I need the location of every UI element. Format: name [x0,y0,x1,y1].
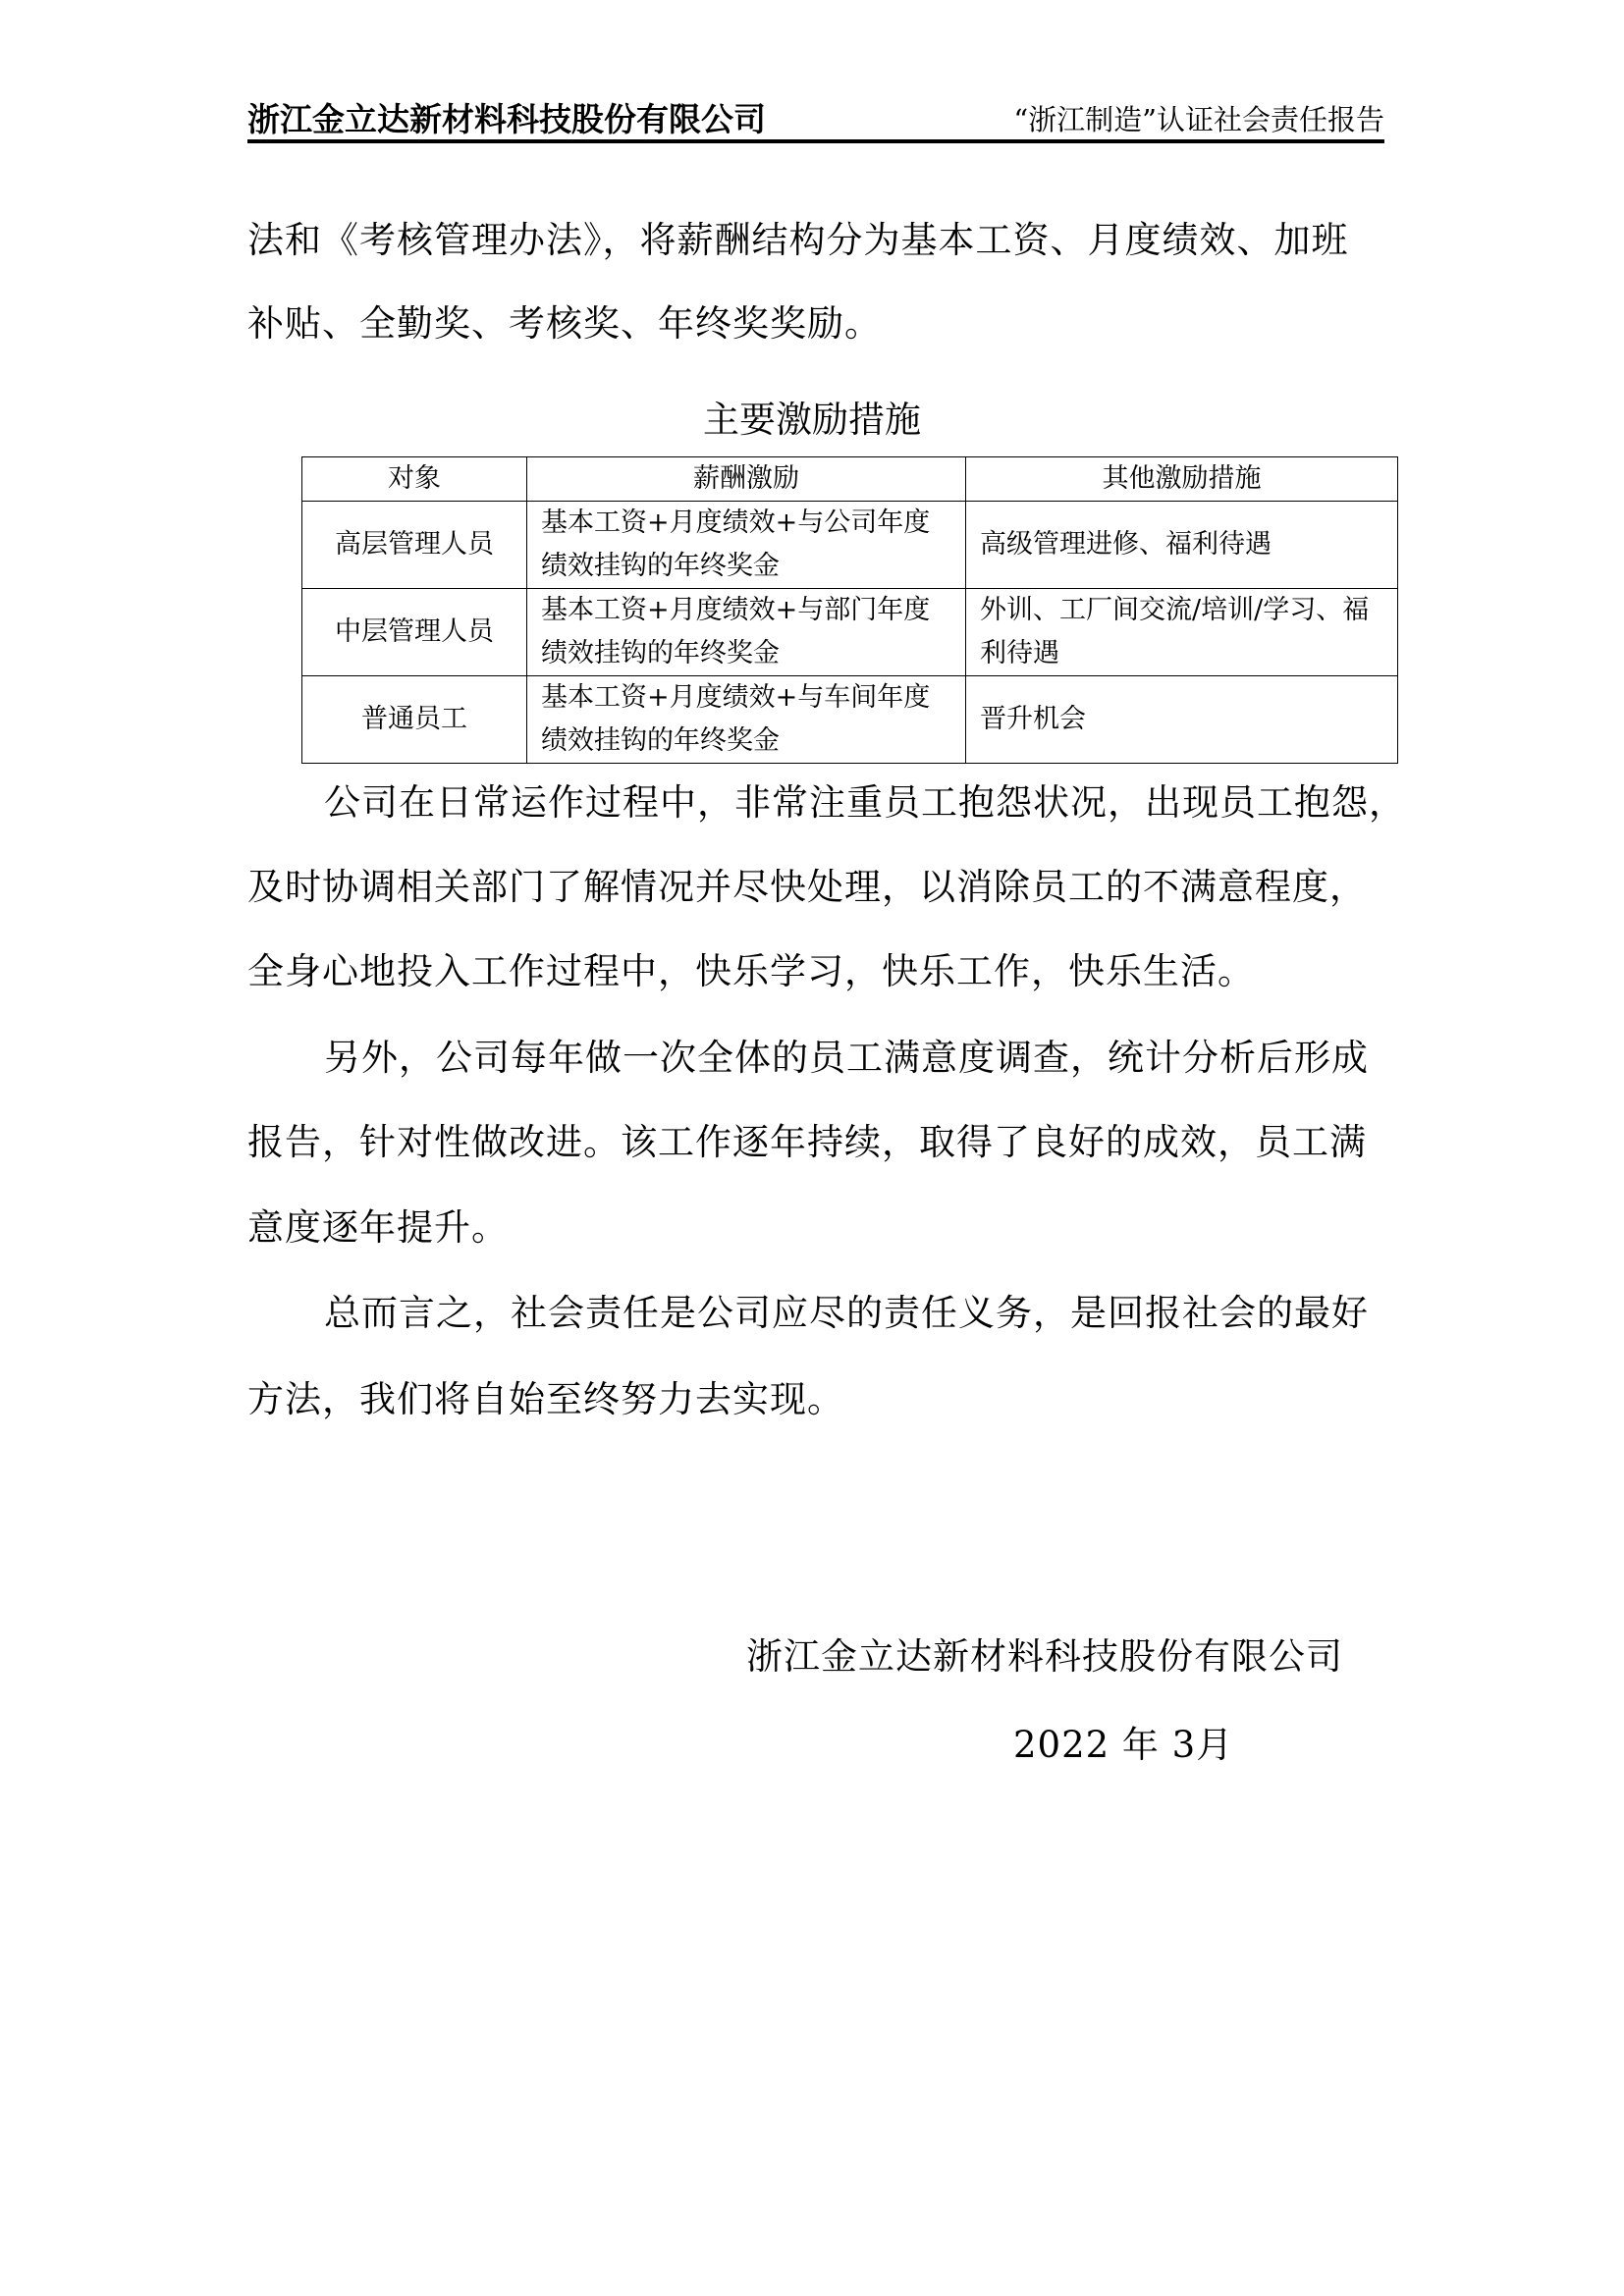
paragraph-line: 总而言之，社会责任是公司应尽的责任义务，是回报社会的最好 [324,1294,1369,1333]
cell-salary: 基本工资+月度绩效+与公司年度绩效挂钩的年终奖金 [527,502,966,589]
paragraph-line: 及时协调相关部门了解情况并尽快处理，以消除员工的不满意程度， [247,868,1367,907]
header-divider [247,139,1384,143]
paragraph-line: 方法，我们将自始至终努力去实现。 [247,1380,844,1419]
column-header: 对象 [302,457,527,502]
paragraph-line: 意度逐年提升。 [247,1208,509,1248]
table-row: 普通员工 基本工资+月度绩效+与车间年度绩效挂钩的年终奖金 晋升机会 [302,676,1398,764]
table-row: 中层管理人员 基本工资+月度绩效+与部门年度绩效挂钩的年终奖金 外训、工厂间交流… [302,589,1398,676]
cell-salary: 基本工资+月度绩效+与车间年度绩效挂钩的年终奖金 [527,676,966,764]
table-row: 高层管理人员 基本工资+月度绩效+与公司年度绩效挂钩的年终奖金 高级管理进修、福… [302,502,1398,589]
cell-other: 高级管理进修、福利待遇 [966,502,1398,589]
signature-company: 浙江金立达新材料科技股份有限公司 [746,1637,1343,1677]
column-header: 其他激励措施 [966,457,1398,502]
incentive-table: 对象 薪酬激励 其他激励措施 高层管理人员 基本工资+月度绩效+与公司年度绩效挂… [301,456,1398,764]
cell-other: 晋升机会 [966,676,1398,764]
header-report-title: “浙江制造”认证社会责任报告 [1013,98,1384,138]
paragraph-line: 报告，针对性做改进。该工作逐年持续，取得了良好的成效，员工满 [247,1123,1367,1162]
cell-other: 外训、工厂间交流/培训/学习、福利待遇 [966,589,1398,676]
paragraph-line: 全身心地投入工作过程中，快乐学习，快乐工作，快乐生活。 [247,952,1255,991]
intro-line: 补贴、全勤奖、考核奖、年终奖奖励。 [247,304,882,344]
table-title: 主要激励措施 [0,390,1624,443]
header-company: 浙江金立达新材料科技股份有限公司 [247,94,766,140]
paragraph-line: 公司在日常运作过程中，非常注重员工抱怨状况，出现员工抱怨， [324,783,1406,823]
signature-date: 2022 年 3月 [1013,1726,1233,1765]
cell-target: 中层管理人员 [302,589,527,676]
intro-line: 法和《考核管理办法》，将薪酬结构分为基本工资、月度绩效、加班 [247,221,1349,260]
cell-target: 高层管理人员 [302,502,527,589]
paragraph-line: 另外，公司每年做一次全体的员工满意度调查，统计分析后形成 [324,1039,1369,1078]
table-header-row: 对象 薪酬激励 其他激励措施 [302,457,1398,502]
column-header: 薪酬激励 [527,457,966,502]
cell-target: 普通员工 [302,676,527,764]
cell-salary: 基本工资+月度绩效+与部门年度绩效挂钩的年终奖金 [527,589,966,676]
